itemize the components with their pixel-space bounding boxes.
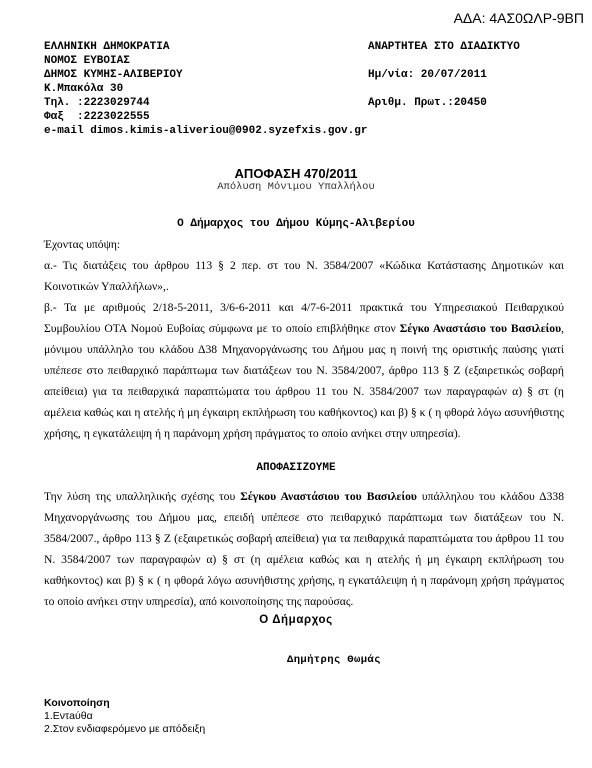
header-line-prefecture: ΝΟΜΟΣ ΕΥΒΟΙΑΣ [44,54,367,68]
consideration-b-text-cont: , μόνιμου υπάλληλο του κλάδου Δ38 Μηχανο… [44,322,564,440]
notification-list: Κοινοποίηση 1.Εντaύθα 2.Στον ενδιαφερόμε… [44,697,205,736]
header-line-email: e-mail dimos.kimis-aliveriou@0902.syzefx… [44,124,367,138]
mayor-heading: Ο Δήμαρχος του Δήμου Κύμης-Αλιβερίου [0,218,592,230]
document-date: Ημ/νία: 20/07/2011 [368,68,520,82]
decision-title: ΑΠΟΦΑΣΗ 470/2011 [0,166,592,181]
resolution-text-end: υπάλληλου του κλάδου Δ338 Μηχανοργάνωσης… [44,490,564,608]
publish-notice: ΑΝΑΡΤΗΤΕΑ ΣΤΟ ΔΙΑΔΙΚΤΥΟ [368,40,520,54]
document-meta: ΑΝΑΡΤΗΤΕΑ ΣΤΟ ΔΙΑΔΙΚΤΥΟ Ημ/νία: 20/07/20… [368,40,520,110]
considerations-intro: Έχοντας υπόψη: [44,234,564,255]
resolution-text: Την λύση της υπαλληλικής σχέσης του Σέγκ… [44,486,564,612]
header-line-fax: Φαξ :2223022555 [44,110,367,124]
signature-name: Δημήτρης Θωμάς [287,654,381,666]
protocol-number: Αριθμ. Πρωτ.:20450 [368,96,520,110]
consideration-b: β.- Τα με αριθμούς 2/18-5-2011, 3/6-6-20… [44,297,564,444]
header-line-phone: Τηλ. :2223029744 [44,96,367,110]
decision-subtitle: Απόλυση Μόνιμου Υπαλλήλου [0,181,592,193]
resolution-employee-name: Σέγκου Αναστάσιου του Βασιλείου [240,490,417,503]
header-line-country: ΕΛΛΗΝΙΚΗ ΔΗΜΟΚΡΑΤΙΑ [44,40,367,54]
resolution-heading: ΑΠΟΦΑΣΙΖΟΥΜΕ [0,462,592,474]
issuer-header: ΕΛΛΗΝΙΚΗ ΔΗΜΟΚΡΑΤΙΑ ΝΟΜΟΣ ΕΥΒΟΙΑΣ ΔΗΜΟΣ … [44,40,367,138]
header-line-address: Κ.Μπακόλα 30 [44,82,367,96]
resolution-text-start: Την λύση της υπαλληλικής σχέσης του [44,490,240,503]
notification-item: 2.Στον ενδιαφερόμενο με απόδειξη [44,723,205,736]
employee-name: Σέγκο Αναστάσιο του Βασιλείου [400,322,561,335]
notification-item: 1.Εντaύθα [44,710,205,723]
consideration-a: α.- Τις διατάξεις του άρθρου 113 § 2 περ… [44,255,564,297]
signature-role: Ο Δήμαρχος [0,614,592,626]
considerations: Έχοντας υπόψη: α.- Τις διατάξεις του άρθ… [44,234,564,444]
resolution-paragraph: Την λύση της υπαλληλικής σχέσης του Σέγκ… [44,486,564,612]
notification-heading: Κοινοποίηση [44,697,205,710]
header-line-municipality: ΔΗΜΟΣ ΚΥΜΗΣ-ΑΛΙΒΕΡΙΟΥ [44,68,367,82]
ada-code: ΑΔΑ: 4ΑΣ0ΩΛΡ-9ΒΠ [454,10,584,26]
